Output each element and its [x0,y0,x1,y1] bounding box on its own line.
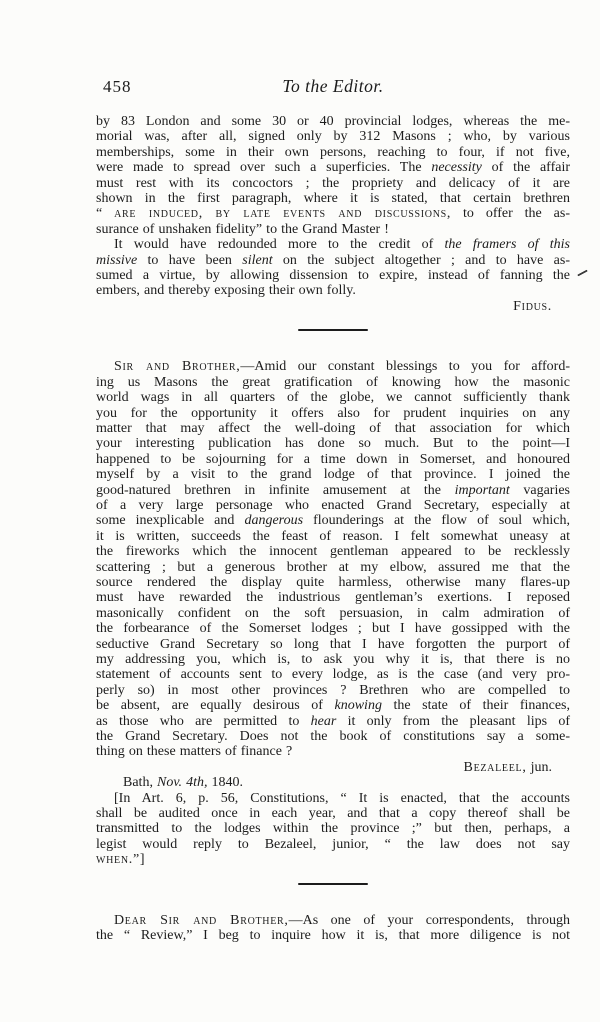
text-run: my addressing you, which is, to ask you … [96,652,570,667]
text-run: happened to be sojourning for a time dow… [96,452,570,467]
text-run: jun. [527,760,552,775]
text-line: thing on these matters of finance ? [96,744,570,759]
text-run: morial was, after all, signed only by 31… [96,129,570,144]
text-run: the forbearance of the Somerset lodges ;… [96,621,570,636]
text-run: the fireworks which the innocent gentlem… [96,544,570,559]
text-line: be absent, are equally desirous of knowi… [96,698,570,713]
text-run: legist would reply to Bezaleel, junior, … [96,837,570,852]
text-line: of a very large personage who enacted Gr… [96,498,570,513]
text-line: you for the opportunity it offers also f… [96,406,570,421]
text-run: it is written, succeeds the feast of rea… [96,529,570,544]
text-run: source rendered the display quite harmle… [96,575,570,590]
text-line: missive to have been silent on the subje… [96,253,570,268]
text-line: the “ Review,” I beg to inquire how it i… [96,928,570,943]
text-line: shown in the first paragraph, where it i… [96,191,570,206]
text-line: legist would reply to Bezaleel, junior, … [96,837,570,852]
text-run: some inexplicable and [96,513,244,528]
paragraph: [In Art. 6, p. 56, Constitutions, “ It i… [96,791,570,868]
text-run: masonically confident on the soft persua… [96,606,570,621]
text-column: by 83 London and some 30 or 40 provincia… [96,114,570,944]
text-run: ing us Masons the great gratification of… [96,375,570,390]
text-run: to have been [137,253,242,268]
text-run: must rest with its concoctors ; the prop… [96,176,570,191]
text-run: the “ Review,” I beg to inquire how it i… [96,928,570,943]
text-line: when.”] [96,852,570,867]
text-run: by 83 London and some 30 or 40 provincia… [96,114,570,129]
text-line: seductive Grand Secretary so long that I… [96,637,570,652]
paragraph: Sir and Brother,—Amid our constant bless… [96,359,570,760]
text-run: statement of accounts sent to every lodg… [96,667,570,682]
text-line: must rest with its concoctors ; the prop… [96,176,570,191]
italic-text: important [455,483,510,498]
text-line: by 83 London and some 30 or 40 provincia… [96,114,570,129]
text-run: embers, and thereby exposing their own f… [96,283,356,298]
text-run: myself by a visit to the grand lodge of … [96,467,570,482]
smallcaps-text: Fidus. [513,299,552,314]
text-run: shall be audited once in each year, and … [96,806,570,821]
text-run: thing on these matters of finance ? [96,744,292,759]
text-run: must have rewarded the industrious gentl… [96,590,570,605]
text-line: some inexplicable and dangerous flounder… [96,513,570,528]
italic-text: missive [96,253,137,268]
text-run: [In Art. 6, p. 56, Constitutions, “ It i… [114,791,570,806]
text-run: —Amid our constant blessings to you for … [240,359,570,374]
italic-text: hear [311,714,337,729]
text-run: matter that may affect the well-doing of… [96,421,570,436]
text-run: scattering ; but a generous brother at m… [96,560,570,575]
pen-mark [577,270,588,277]
text-run: vagaries [510,483,570,498]
text-line: memberships, some in their own persons, … [96,145,570,160]
text-line: embers, and thereby exposing their own f… [96,283,570,298]
text-line: shall be audited once in each year, and … [96,806,570,821]
smallcaps-text: Dear Sir and Brother, [114,913,289,928]
dateline: Bath, Nov. 4th, 1840. [96,775,570,790]
text-run: shown in the first paragraph, where it i… [96,191,570,206]
text-line: Fidus. [96,299,570,314]
italic-text: dangerous [244,513,303,528]
text-line: myself by a visit to the grand lodge of … [96,467,570,482]
text-run: world wags in all quarters of the globe,… [96,390,570,405]
page-number: 458 [96,77,132,97]
text-run: of a very large personage who enacted Gr… [96,498,570,513]
text-run: were made to spread over such a superfic… [96,160,431,175]
smallcaps-text: Bezaleel, [464,760,527,775]
text-run: —As one of your correspondents, through [289,913,570,928]
text-run: the Grand Secretary. Does not the book o… [96,729,570,744]
italic-text: necessity [431,160,482,175]
italic-text: knowing [335,698,382,713]
text-line: sumed a virtue, by allowing dissension t… [96,268,570,283]
text-run: perly so) in most other provinces ? Bret… [96,683,570,698]
text-run: It would have redounded more to the cred… [114,237,445,252]
text-line: Dear Sir and Brother,—As one of your cor… [96,913,570,928]
text-line: Sir and Brother,—Amid our constant bless… [96,359,570,374]
text-line: must have rewarded the industrious gentl… [96,590,570,605]
text-line: scattering ; but a generous brother at m… [96,560,570,575]
text-run: surance of unshaken fidelity” to the Gra… [96,222,389,237]
text-line: good-natured brethren in infinite amusem… [96,483,570,498]
text-line: it is written, succeeds the feast of rea… [96,529,570,544]
text-line: [In Art. 6, p. 56, Constitutions, “ It i… [96,791,570,806]
text-run: “ [96,206,114,221]
italic-text: silent [242,253,272,268]
scanned-page: 458 To the Editor. by 83 London and some… [0,0,600,1022]
italic-text: the framers of this [445,237,571,252]
text-line: Bezaleel, jun. [96,760,570,775]
text-line: were made to spread over such a superfic… [96,160,570,175]
paragraph: Dear Sir and Brother,—As one of your cor… [96,913,570,944]
paragraph: by 83 London and some 30 or 40 provincia… [96,114,570,237]
text-line: your interesting publication has done so… [96,436,570,451]
text-run: to offer the as- [451,206,570,221]
text-line: the fireworks which the innocent gentlem… [96,544,570,559]
text-line: Bath, Nov. 4th, 1840. [96,775,570,790]
italic-text: Nov. 4th, [157,775,207,790]
text-line: happened to be sojourning for a time dow… [96,452,570,467]
text-line: world wags in all quarters of the globe,… [96,390,570,405]
text-run: of the affair [482,160,570,175]
text-run: flounderings at the flow of soul which, [303,513,570,528]
page-header: 458 To the Editor. [96,76,570,97]
text-run: on the subject altogether ; and to have … [273,253,570,268]
text-run: seductive Grand Secretary so long that I… [96,637,570,652]
text-line: the Grand Secretary. Does not the book o… [96,729,570,744]
text-line: transmitted to the lodges within the pro… [96,821,570,836]
smallcaps-text: are induced, by late events and discussi… [114,206,451,221]
text-run: sumed a virtue, by allowing dissension t… [96,268,570,283]
paragraph: It would have redounded more to the cred… [96,237,570,299]
text-line: matter that may affect the well-doing of… [96,421,570,436]
text-line: morial was, after all, signed only by 31… [96,129,570,144]
signature: Fidus. [96,299,570,314]
signature: Bezaleel, jun. [96,760,570,775]
text-line: surance of unshaken fidelity” to the Gra… [96,222,570,237]
text-line: as those who are permitted to hear it on… [96,714,570,729]
text-line: “ are induced, by late events and discus… [96,206,570,221]
text-line: ing us Masons the great gratification of… [96,375,570,390]
text-run: transmitted to the lodges within the pro… [96,821,570,836]
text-run: ] [140,852,145,867]
text-run: be absent, are equally desirous of [96,698,335,713]
text-run: the state of their finances, [382,698,570,713]
text-run: memberships, some in their own persons, … [96,145,570,160]
text-run: as those who are permitted to [96,714,311,729]
running-title: To the Editor. [282,76,383,97]
text-run: your interesting publication has done so… [96,436,570,451]
text-run: 1840. [207,775,243,790]
text-run: Bath, [123,775,157,790]
text-line: perly so) in most other provinces ? Bret… [96,683,570,698]
text-run: you for the opportunity it offers also f… [96,406,570,421]
text-run: it only from the pleasant lips of [336,714,570,729]
text-line: the forbearance of the Somerset lodges ;… [96,621,570,636]
text-line: statement of accounts sent to every lodg… [96,667,570,682]
text-line: source rendered the display quite harmle… [96,575,570,590]
text-line: masonically confident on the soft persua… [96,606,570,621]
section-divider-rule [298,883,368,885]
smallcaps-text: Sir and Brother, [114,359,240,374]
section-divider-rule [298,329,368,331]
smallcaps-text: when.” [96,852,140,867]
text-line: my addressing you, which is, to ask you … [96,652,570,667]
text-run: good-natured brethren in infinite amusem… [96,483,455,498]
text-line: It would have redounded more to the cred… [96,237,570,252]
